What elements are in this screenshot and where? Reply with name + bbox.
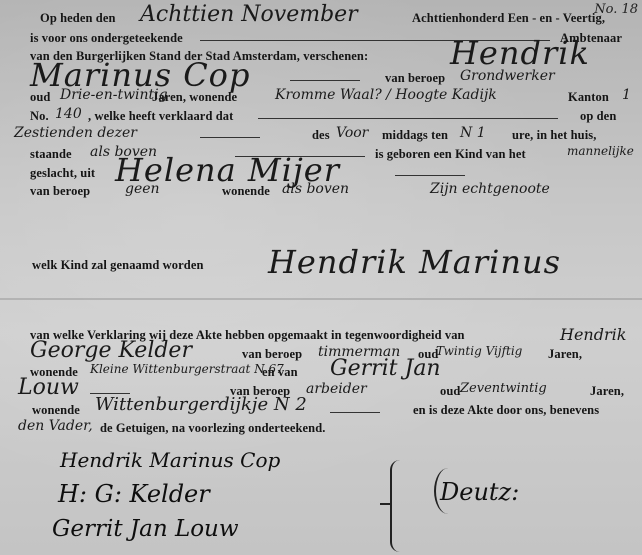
- handwritten-day: Zestienden dezer: [14, 125, 137, 141]
- signature-father: Hendrik Marinus Cop: [60, 448, 280, 472]
- signature-witness-1: H: G: Kelder: [58, 480, 210, 508]
- handwritten-witness-1-age: Twintig Vijftig: [436, 344, 522, 358]
- printed-en-van: en van: [262, 365, 298, 380]
- printed-kanton: Kanton: [568, 90, 609, 105]
- handwritten-mother-address: als boven: [282, 181, 349, 197]
- printed-no: No.: [30, 109, 49, 124]
- handwritten-witness-2-occupation: arbeider: [306, 381, 367, 397]
- handwritten-father-first-name: Hendrik: [450, 34, 590, 72]
- signature-officer: Deutz:: [440, 478, 519, 506]
- printed-jaren-wonende: Jaren, wonende: [152, 90, 237, 105]
- handwritten-sex: mannelijke: [567, 144, 634, 158]
- printed-op-den: op den: [580, 109, 616, 124]
- fill-line: [290, 80, 360, 81]
- printed-geboren: is geboren een Kind van het: [375, 147, 526, 162]
- printed-wonende: wonende: [32, 403, 80, 418]
- printed-middags-ten: middags ten: [382, 128, 448, 143]
- fill-line: [200, 137, 260, 138]
- printed-akte-signed: en is deze Akte door ons, benevens: [413, 403, 599, 418]
- signature-brace: [390, 460, 408, 552]
- handwritten-child-name: Hendrik Marinus: [268, 243, 561, 281]
- handwritten-date: Achttien November: [140, 2, 358, 27]
- handwritten-den-vader: den Vader,: [18, 418, 93, 434]
- handwritten-voor-middag: Voor: [336, 125, 368, 141]
- handwritten-house-number: 140: [55, 106, 82, 122]
- handwritten-witness-2-age: Zeventwintig: [460, 381, 547, 396]
- line-signed: den Vader, de Getuigen, na voorlezing on…: [0, 418, 642, 440]
- fill-line: [330, 412, 380, 413]
- printed-van-beroep: van beroep: [242, 347, 302, 362]
- line-mother-occupation: van beroep geen wonende als boven Zijn e…: [0, 181, 642, 203]
- paper-crease: [0, 298, 642, 300]
- printed-van-beroep: van beroep: [385, 71, 445, 86]
- line-child-name: welk Kind zal genaamd worden Hendrik Mar…: [0, 255, 642, 277]
- printed-after-reading: de Getuigen, na voorlezing onderteekend.: [100, 421, 326, 436]
- printed-oud: oud: [440, 384, 460, 399]
- handwritten-father-occupation: Grondwerker: [460, 68, 555, 84]
- handwritten-witness-1-address: Kleine Wittenburgerstraat N 67: [90, 362, 284, 376]
- fill-line: [395, 175, 465, 176]
- printed-op-heden: Op heden den: [40, 11, 116, 26]
- fill-line: [258, 118, 558, 119]
- signature-brace-tip: [380, 503, 390, 505]
- printed-wonende: wonende: [222, 184, 270, 199]
- printed-jaren: Jaren,: [590, 384, 624, 399]
- printed-van-beroep: van beroep: [30, 184, 90, 199]
- signature-witness-2: Gerrit Jan Louw: [52, 516, 239, 542]
- printed-des: des: [312, 128, 330, 143]
- printed-jaren: Jaren,: [548, 347, 582, 362]
- birth-certificate-page: No. 18 Op heden den Achttien November Ac…: [0, 0, 642, 555]
- printed-undersigned: is voor ons ondergeteekende: [30, 31, 183, 46]
- printed-child-named: welk Kind zal genaamd worden: [32, 258, 204, 273]
- printed-geslacht-uit: geslacht, uit: [30, 166, 95, 181]
- printed-ure-huis: ure, in het huis,: [512, 128, 596, 143]
- printed-staande: staande: [30, 147, 72, 162]
- handwritten-mother-occupation: geen: [125, 181, 160, 197]
- handwritten-witness-1-name: George Kelder: [30, 338, 192, 363]
- handwritten-witness-2-surname: Louw: [18, 375, 79, 400]
- handwritten-hour: N 1: [460, 125, 486, 141]
- printed-declared: , welke heeft verklaard dat: [88, 109, 233, 124]
- handwritten-witness-2-address: Wittenburgerdijkje N 2: [95, 394, 307, 415]
- printed-oud: oud: [30, 90, 50, 105]
- handwritten-father-address: Kromme Waal? / Hoogte Kadijk: [275, 87, 497, 103]
- printed-year: Achttienhonderd Een - en - Veertig,: [412, 11, 605, 26]
- handwritten-relationship: Zijn echtgenoote: [430, 181, 550, 197]
- handwritten-witness-2-first: Gerrit Jan: [330, 356, 441, 381]
- handwritten-witness-1-first: Hendrik: [560, 325, 626, 344]
- handwritten-kanton: 1: [622, 87, 631, 103]
- line-date: Op heden den Achttien November Achttienh…: [0, 8, 642, 30]
